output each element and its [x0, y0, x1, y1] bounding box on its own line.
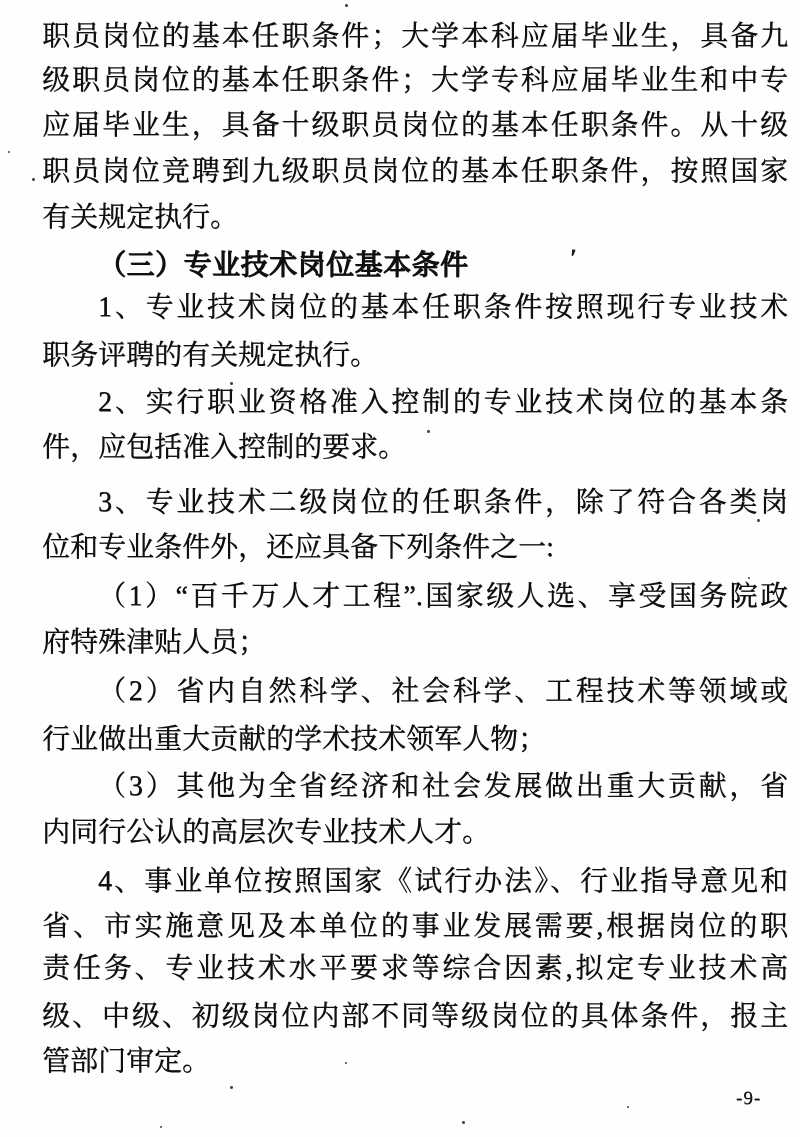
text-line: 内同行公认的高层次专业技术人才。 — [42, 816, 788, 854]
text-line: 职务评聘的有关规定执行。 — [42, 339, 788, 377]
text-line: 管部门审定。 — [42, 1045, 788, 1083]
text-line: 应届毕业生，具备十级职员岗位的基本任职条件。从十级 — [42, 109, 788, 147]
text-line: 责任务、专业技术水平要求等综合因素,拟定专业技术高 — [42, 952, 788, 990]
document-page: 职员岗位的基本任职条件；大学本科应届毕业生，具备九级职员岗位的基本任职条件；大学… — [0, 0, 800, 1137]
text-line: 省、市实施意见及本单位的事业发展需要,根据岗位的职 — [42, 910, 788, 948]
scan-speck — [627, 1106, 629, 1108]
scan-speck — [160, 1126, 162, 1128]
scan-speck — [345, 4, 348, 7]
scan-speck — [462, 1121, 465, 1124]
text-line: 府特殊津贴人员； — [42, 626, 788, 664]
text-line: 件，应包括准入控制的要求。 — [42, 431, 788, 469]
text-line: 职员岗位竞聘到九级职员岗位的基本任职条件，按照国家 — [42, 155, 788, 193]
text-line: 位和专业条件外，还应具备下列条件之一: — [42, 531, 788, 569]
text-line: 行业做出重大贡献的学术技术领军人物； — [42, 723, 788, 761]
scan-speck — [230, 382, 233, 385]
scan-speck — [32, 178, 35, 181]
text-line: 有关规定执行。 — [42, 201, 788, 239]
scan-speck — [427, 430, 430, 433]
scan-speck — [757, 519, 760, 522]
text-line: 4、事业单位按照国家《试行办法》、行业指导意见和 — [42, 865, 788, 903]
text-line: 级、中级、初级岗位内部不同等级岗位的具体条件，报主 — [42, 1000, 788, 1038]
text-line: 职员岗位的基本任职条件；大学本科应届毕业生，具备九 — [42, 20, 788, 58]
text-layer: 职员岗位的基本任职条件；大学本科应届毕业生，具备九级职员岗位的基本任职条件；大学… — [0, 0, 800, 1137]
text-line: 1、专业技术岗位的基本任职条件按照现行专业技术 — [42, 291, 788, 329]
scan-speck — [8, 151, 10, 153]
text-line: （2）省内自然科学、社会科学、工程技术等领域或 — [42, 675, 788, 713]
text-line: 3、专业技术二级岗位的任职条件，除了符合各类岗 — [42, 486, 788, 524]
scan-speck — [230, 1086, 233, 1089]
page-number: -9- — [736, 1088, 761, 1110]
scan-speck — [345, 1062, 347, 1064]
text-line: 2、实行职业资格准入控制的专业技术岗位的基本条 — [42, 386, 788, 424]
text-line: （3）其他为全省经济和社会发展做出重大贡献，省 — [42, 770, 788, 808]
text-line: （1）“百千万人才工程”.国家级人选、享受国务院政 — [42, 580, 788, 618]
text-line: 级职员岗位的基本任职条件；大学专科应届毕业生和中专 — [42, 64, 788, 102]
text-line: （三）专业技术岗位基本条件 — [42, 249, 788, 287]
scan-speck — [748, 577, 750, 579]
